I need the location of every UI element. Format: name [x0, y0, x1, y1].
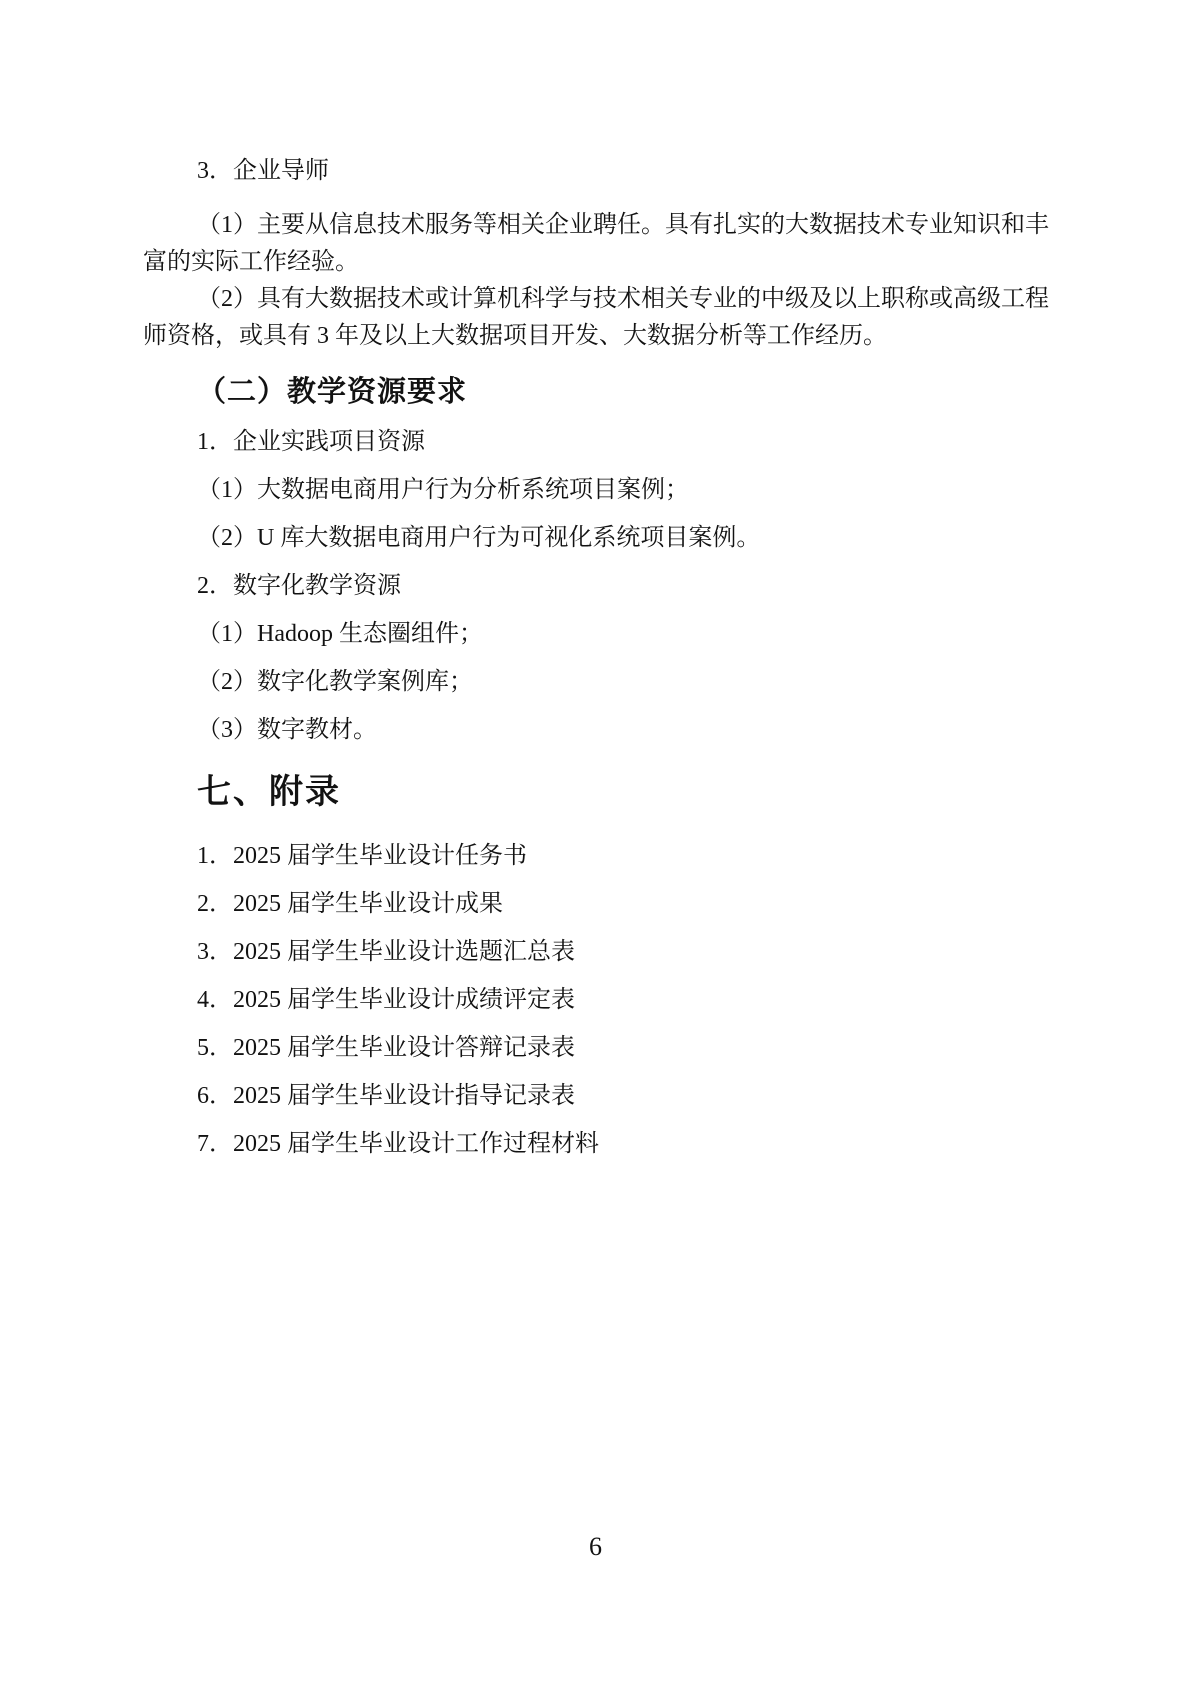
teaching-resources-item: （2）U 库大数据电商用户行为可视化系统项目案例。 [143, 520, 1049, 557]
appendix-item: 7．2025 届学生毕业设计工作过程材料 [143, 1126, 1049, 1163]
appendix-heading: 七、附录 [143, 768, 1049, 816]
appendix-item: 6．2025 届学生毕业设计指导记录表 [143, 1078, 1049, 1115]
appendix-item: 4．2025 届学生毕业设计成绩评定表 [143, 982, 1049, 1019]
teaching-resources-item: （3）数字教材。 [143, 712, 1049, 749]
teaching-resources-item: （2）数字化教学案例库； [143, 664, 1049, 701]
appendix-item: 2．2025 届学生毕业设计成果 [143, 886, 1049, 923]
teaching-resources-item: （1）Hadoop 生态圈组件； [143, 616, 1049, 653]
mentor-paragraph-2: （2）具有大数据技术或计算机科学与技术相关专业的中级及以上职称或高级工程师资格，… [143, 281, 1049, 355]
appendix-item: 5．2025 届学生毕业设计答辩记录表 [143, 1030, 1049, 1067]
teaching-resources-item: 1．企业实践项目资源 [143, 424, 1049, 461]
document-page: 3．企业导师 （1）主要从信息技术服务等相关企业聘任。具有扎实的大数据技术专业知… [0, 0, 1191, 1684]
page-number: 6 [0, 1531, 1191, 1563]
appendix-item: 1．2025 届学生毕业设计任务书 [143, 838, 1049, 875]
teaching-resources-heading: （二）教学资源要求 [143, 371, 1049, 413]
teaching-resources-item: 2．数字化教学资源 [143, 568, 1049, 605]
page-content: 3．企业导师 （1）主要从信息技术服务等相关企业聘任。具有扎实的大数据技术专业知… [143, 0, 1049, 1163]
mentor-section-heading: 3．企业导师 [143, 153, 1049, 190]
mentor-paragraph-1: （1）主要从信息技术服务等相关企业聘任。具有扎实的大数据技术专业知识和丰富的实际… [143, 207, 1049, 281]
teaching-resources-item: （1）大数据电商用户行为分析系统项目案例； [143, 472, 1049, 509]
appendix-item: 3．2025 届学生毕业设计选题汇总表 [143, 934, 1049, 971]
